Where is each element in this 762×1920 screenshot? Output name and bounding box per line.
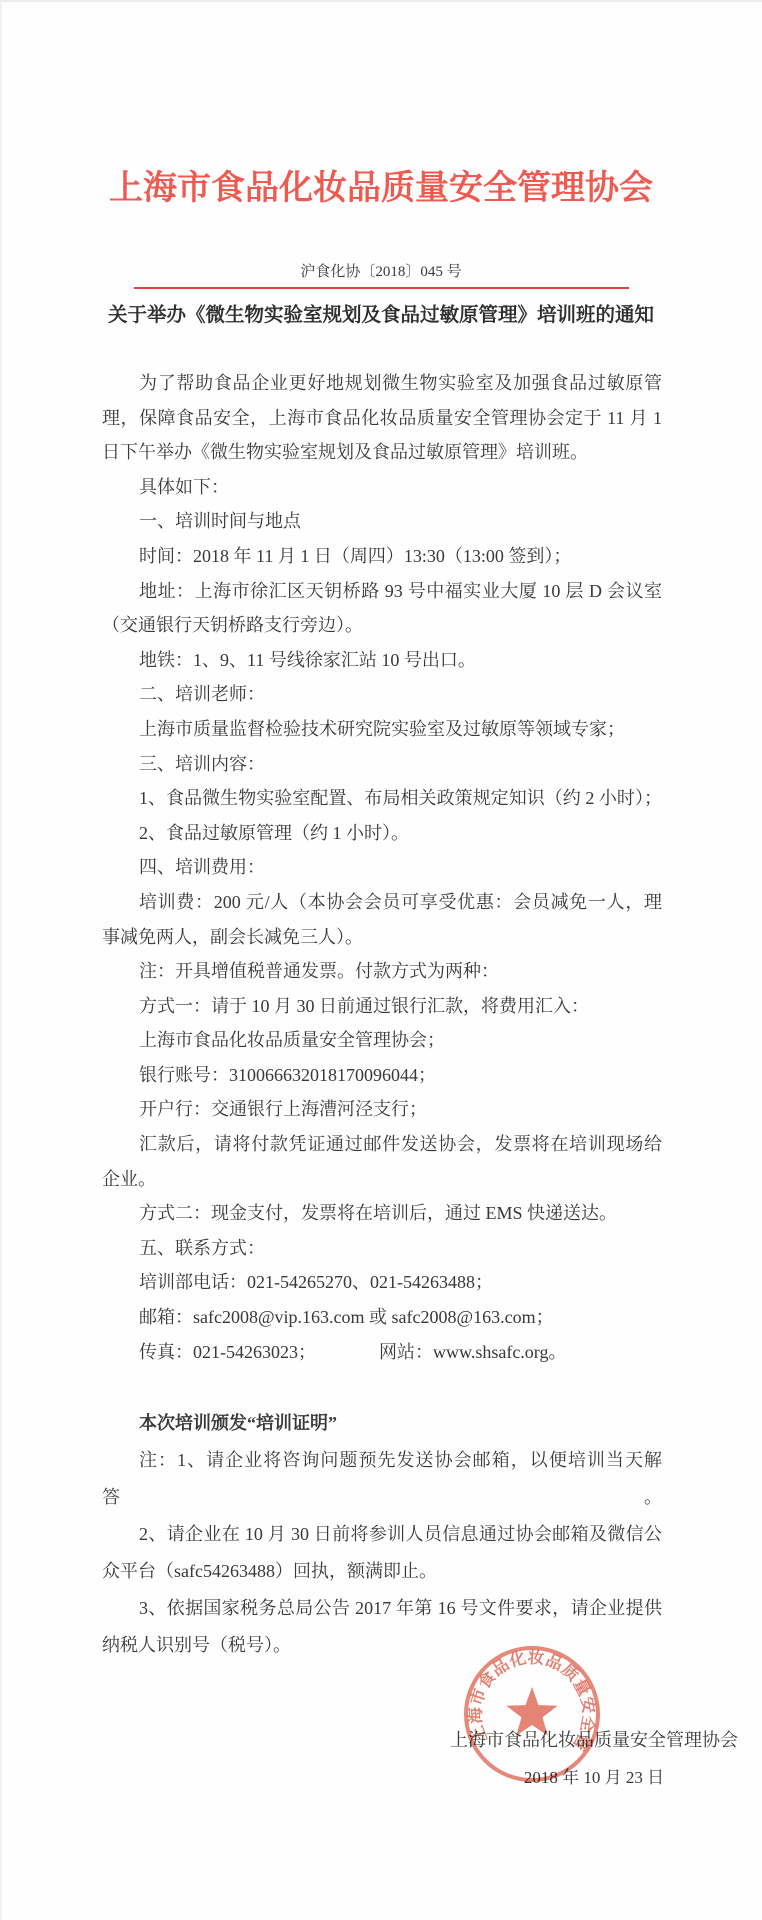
body-line: 方式二：现金支付，发票将在培训后，通过 EMS 快递送达。 [102,1196,662,1231]
body-line: 培训部电话：021-54265270、021-54263488； [102,1265,662,1300]
body-line: 3、依据国家税务总局公告 2017 年第 16 号文件要求，请企业提供 [102,1590,662,1627]
body-line: 理，保障食品安全，上海市食品化妆品质量安全管理协会定于 11 月 1 [102,401,662,436]
body-line: 传真：021-54263023； 网站：www.shsafc.org。 [102,1335,662,1370]
body-line: 一、培训时间与地点 [102,504,662,539]
seal-star [506,1687,557,1736]
body-line: 邮箱：safc2008@vip.163.com 或 safc2008@163.c… [102,1300,662,1335]
body-line: 上海市质量监督检验技术研究院实验室及过敏原等领域专家； [102,712,662,747]
body-line: 注：1、请企业将咨询问题预先发送协会邮箱，以便培训当天解答。 [102,1442,662,1516]
body-line: 上海市食品化妆品质量安全管理协会； [102,1023,662,1058]
body-line: 时间：2018 年 11 月 1 日（周四）13:30（13:00 签到）； [102,539,662,574]
org-title: 上海市食品化妆品质量安全管理协会 [0,166,762,210]
body-line: 三、培训内容： [102,747,662,782]
body-line: 四、培训费用： [102,850,662,885]
body-line: 日下午举办《微生物实验室规划及食品过敏原管理》培训班。 [102,435,662,470]
notice-title: 关于举办《微生物实验室规划及食品过敏原管理》培训班的通知 [0,300,762,332]
body-line: 银行账号：310066632018170096044； [102,1058,662,1093]
signature-area: 上海市食品化妆品质量安全管理协会 2018 年 10 月 23 日 [0,1721,762,1797]
body-line: （交通银行天钥桥路支行旁边）。 [102,608,662,643]
body-line: 本次培训颁发“培训证明” [102,1405,662,1442]
body-line: 方式一：请于 10 月 30 日前通过银行汇款，将费用汇入： [102,989,662,1024]
body-line: 地铁：1、9、11 号线徐家汇站 10 号出口。 [102,643,662,678]
body-line: 事减免两人，副会长减免三人）。 [102,920,662,955]
body-line: 培训费：200 元/人（本协会会员可享受优惠：会员减免一人，理 [102,885,662,920]
red-divider [134,287,629,289]
body-line: 汇款后，请将付款凭证通过邮件发送协会，发票将在培训现场给 [102,1127,662,1162]
document-body: 为了帮助食品企业更好地规划微生物实验室及加强食品过敏原管理，保障食品安全，上海市… [0,366,762,1664]
document-page: 上海市食品化妆品质量安全管理协会 沪食化协〔2018〕045 号 关于举办《微生… [0,0,762,1920]
body-line: 二、培训老师： [102,677,662,712]
official-seal: 上海市食品化妆品质量安全管理协会 [459,1641,605,1787]
body-line: 为了帮助食品企业更好地规划微生物实验室及加强食品过敏原管 [102,366,662,401]
body-line: 开户行：交通银行上海漕河泾支行； [102,1092,662,1127]
body-line: 具体如下： [102,470,662,505]
body-line: 2、请企业在 10 月 30 日前将参训人员信息通过协会邮箱及微信公 [102,1516,662,1553]
body-line: 1、食品微生物实验室配置、布局相关政策规定知识（约 2 小时）； [102,781,662,816]
body-line: 企业。 [102,1162,662,1197]
doc-number: 沪食化协〔2018〕045 号 [0,261,762,283]
body-line: 注：开具增值税普通发票。付款方式为两种： [102,954,662,989]
body-line: 地址：上海市徐汇区天钥桥路 93 号中福实业大厦 10 层 D 会议室 [102,574,662,609]
body-line: 五、联系方式： [102,1231,662,1266]
body-line: 众平台（safc54263488）回执，额满即止。 [102,1553,662,1590]
body-line: 2、食品过敏原管理（约 1 小时）。 [102,816,662,851]
